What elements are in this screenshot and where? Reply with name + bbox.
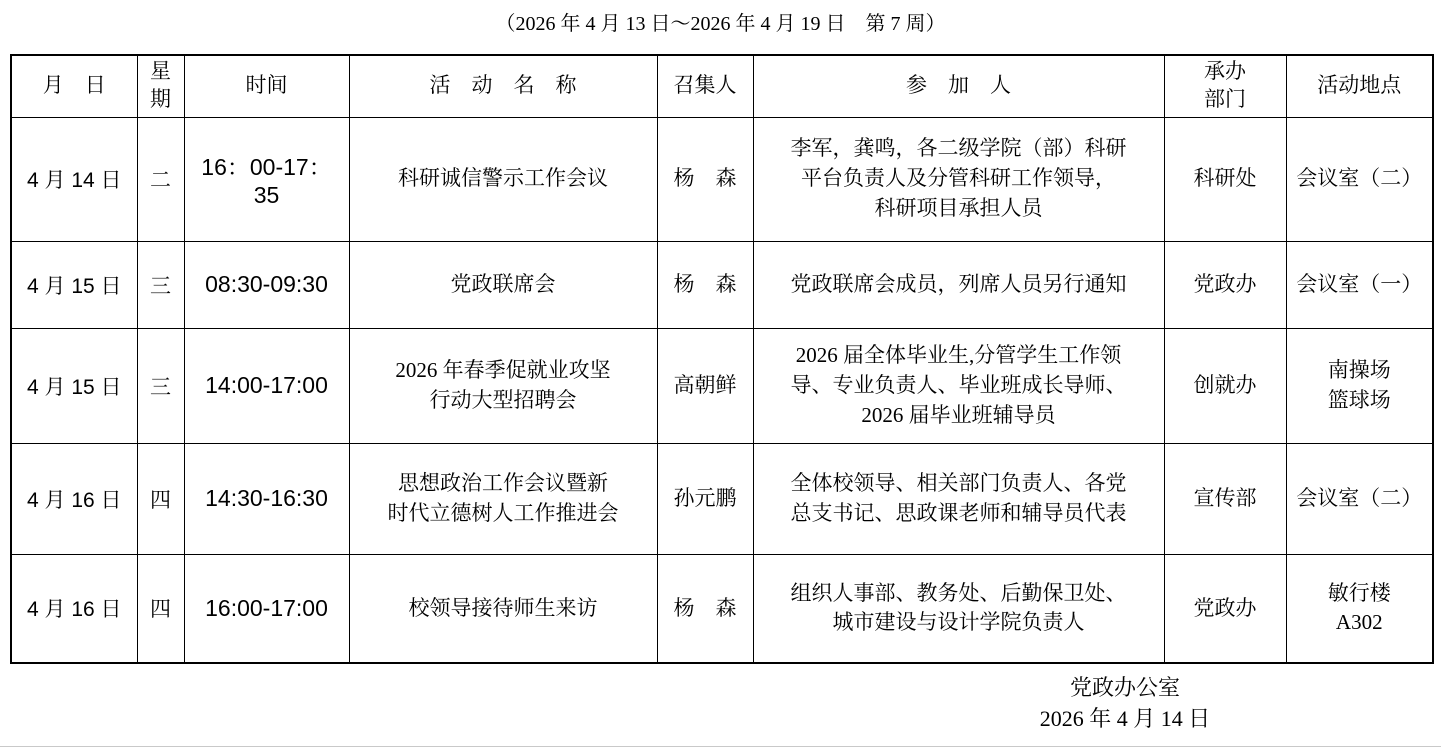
cell-date: 4 月 16 日 [11, 554, 137, 663]
cell-date: 4 月 15 日 [11, 328, 137, 443]
page-title: （2026 年 4 月 13 日～2026 年 4 月 19 日 第 7 周） [0, 7, 1441, 36]
column-header-department: 承办 部门 [1164, 55, 1286, 117]
cell-department: 党政办 [1164, 241, 1286, 328]
cell-time: 16：00-17：35 [184, 117, 349, 241]
column-header-time: 时间 [184, 55, 349, 117]
cell-weekday: 四 [137, 554, 184, 663]
cell-convener: 孙元鹏 [657, 443, 753, 554]
cell-time: 08:30-09:30 [184, 241, 349, 328]
cell-participants: 2026 届全体毕业生,分管学生工作领 导、专业负责人、毕业班成长导师、 202… [753, 328, 1164, 443]
cell-participants: 全体校领导、相关部门负责人、各党 总支书记、思政课老师和辅导员代表 [753, 443, 1164, 554]
cell-date: 4 月 14 日 [11, 117, 137, 241]
signature-office: 党政办公室 [975, 672, 1275, 703]
cell-convener: 杨 森 [657, 241, 753, 328]
cell-time: 14:30-16:30 [184, 443, 349, 554]
cell-convener: 杨 森 [657, 554, 753, 663]
cell-department: 宣传部 [1164, 443, 1286, 554]
cell-venue: 会议室（二） [1286, 117, 1433, 241]
signature-date: 2026 年 4 月 14 日 [975, 703, 1275, 734]
signature-block: 党政办公室 2026 年 4 月 14 日 [975, 672, 1275, 734]
cell-venue: 敏行楼 A302 [1286, 554, 1433, 663]
cell-weekday: 三 [137, 328, 184, 443]
cell-venue: 会议室（一） [1286, 241, 1433, 328]
cell-activity: 科研诚信警示工作会议 [349, 117, 657, 241]
column-header-convener: 召集人 [657, 55, 753, 117]
column-header-weekday: 星 期 [137, 55, 184, 117]
cell-weekday: 四 [137, 443, 184, 554]
table-row: 4 月 14 日 二 16：00-17：35 科研诚信警示工作会议 杨 森 李军… [11, 117, 1433, 241]
cell-time: 14:00-17:00 [184, 328, 349, 443]
table-row: 4 月 15 日 三 08:30-09:30 党政联席会 杨 森 党政联席会成员… [11, 241, 1433, 328]
column-header-venue: 活动地点 [1286, 55, 1433, 117]
cell-participants: 党政联席会成员，列席人员另行通知 [753, 241, 1164, 328]
column-header-activity: 活 动 名 称 [349, 55, 657, 117]
document-page: （2026 年 4 月 13 日～2026 年 4 月 19 日 第 7 周） … [0, 0, 1441, 748]
cell-venue: 南操场 篮球场 [1286, 328, 1433, 443]
table-header-row: 月 日 星 期 时间 活 动 名 称 召集人 参 加 人 承办 部门 活动地点 [11, 55, 1433, 117]
column-header-participants: 参 加 人 [753, 55, 1164, 117]
table-row: 4 月 16 日 四 16:00-17:00 校领导接待师生来访 杨 森 组织人… [11, 554, 1433, 663]
page-bottom-border [0, 746, 1441, 747]
cell-department: 科研处 [1164, 117, 1286, 241]
cell-department: 党政办 [1164, 554, 1286, 663]
cell-date: 4 月 15 日 [11, 241, 137, 328]
cell-participants: 组织人事部、教务处、后勤保卫处、 城市建设与设计学院负责人 [753, 554, 1164, 663]
cell-department: 创就办 [1164, 328, 1286, 443]
weekly-schedule-table: 月 日 星 期 时间 活 动 名 称 召集人 参 加 人 承办 部门 活动地点 … [10, 54, 1434, 664]
cell-date: 4 月 16 日 [11, 443, 137, 554]
cell-activity: 思想政治工作会议暨新 时代立德树人工作推进会 [349, 443, 657, 554]
table-row: 4 月 15 日 三 14:00-17:00 2026 年春季促就业攻坚 行动大… [11, 328, 1433, 443]
cell-participants: 李军，龚鸣，各二级学院（部）科研 平台负责人及分管科研工作领导， 科研项目承担人… [753, 117, 1164, 241]
column-header-date: 月 日 [11, 55, 137, 117]
cell-convener: 高朝鲜 [657, 328, 753, 443]
cell-weekday: 二 [137, 117, 184, 241]
cell-weekday: 三 [137, 241, 184, 328]
cell-time: 16:00-17:00 [184, 554, 349, 663]
cell-activity: 2026 年春季促就业攻坚 行动大型招聘会 [349, 328, 657, 443]
cell-venue: 会议室（二） [1286, 443, 1433, 554]
cell-activity: 校领导接待师生来访 [349, 554, 657, 663]
cell-convener: 杨 森 [657, 117, 753, 241]
table-row: 4 月 16 日 四 14:30-16:30 思想政治工作会议暨新 时代立德树人… [11, 443, 1433, 554]
cell-activity: 党政联席会 [349, 241, 657, 328]
